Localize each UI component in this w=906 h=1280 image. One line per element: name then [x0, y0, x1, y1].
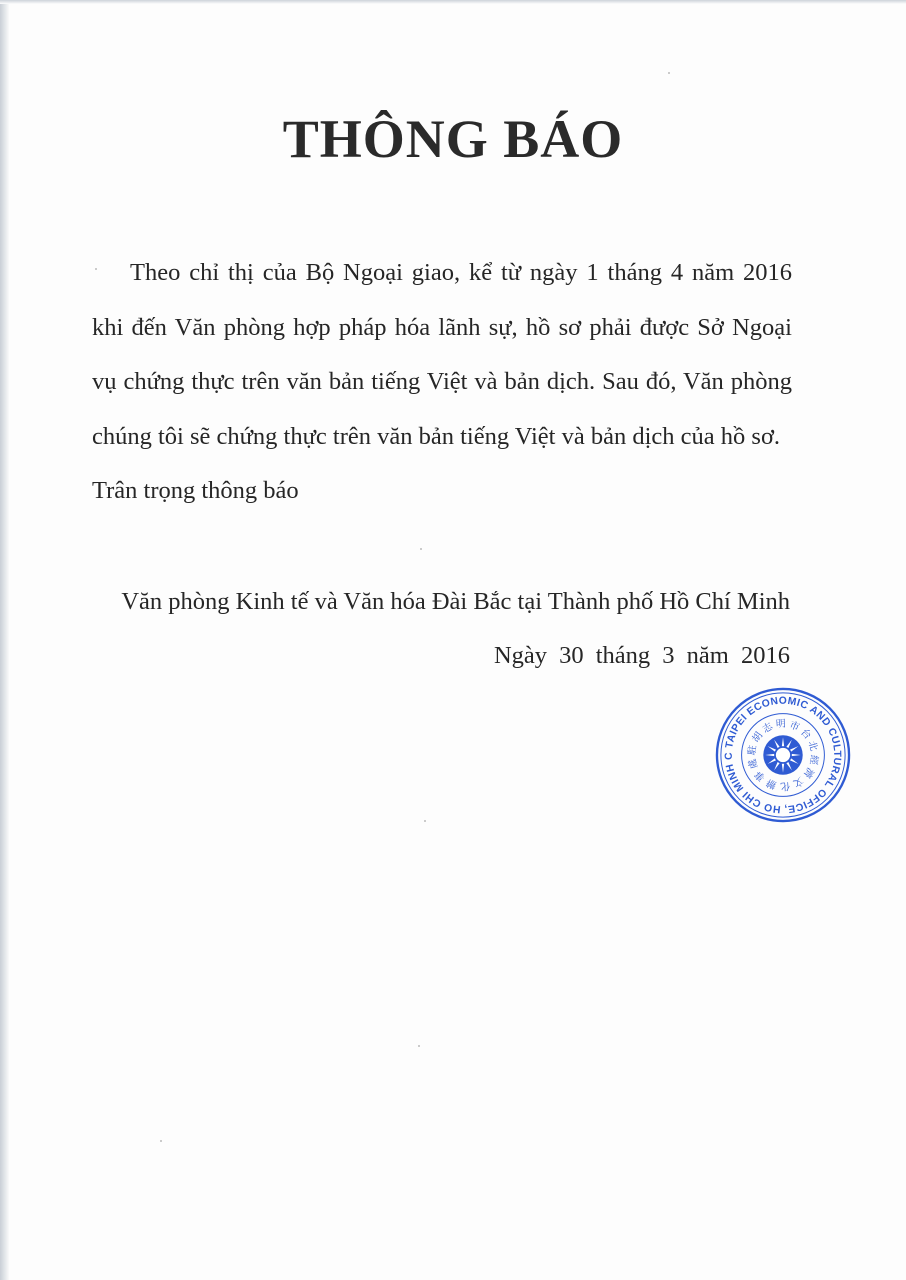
svg-text:辦: 辦 — [764, 776, 778, 792]
svg-text:處: 處 — [745, 757, 760, 770]
notice-body: Theo chỉ thị của Bộ Ngoại giao, kể từ ng… — [92, 246, 792, 519]
issue-date: Ngày 30 tháng 3 năm 2016 — [121, 629, 790, 683]
body-line: Theo chỉ thị của Bộ Ngoại giao, kể từ ng… — [92, 246, 792, 301]
scan-speck — [424, 820, 426, 822]
svg-text:志: 志 — [760, 719, 775, 735]
svg-text:明: 明 — [776, 718, 787, 731]
signature-block: Văn phòng Kinh tế và Văn hóa Đài Bắc tại… — [121, 575, 790, 683]
scan-speck — [95, 268, 97, 270]
body-line: vụ chứng thực trên văn bản tiếng Việt và… — [92, 355, 792, 410]
svg-text:駐: 駐 — [745, 744, 759, 757]
body-line: Trân trọng thông báo — [92, 464, 792, 519]
body-line: khi đến Văn phòng hợp pháp hóa lãnh sự, … — [92, 301, 792, 356]
scan-speck — [420, 548, 422, 550]
svg-text:北: 北 — [806, 740, 820, 753]
official-seal-icon: TAIPEI ECONOMIC AND CULTURAL OFFICE, HO … — [714, 686, 852, 824]
svg-text:經: 經 — [807, 754, 821, 766]
scan-speck — [668, 72, 670, 74]
issuing-office: Văn phòng Kinh tế và Văn hóa Đài Bắc tại… — [121, 575, 790, 629]
svg-text:濟: 濟 — [801, 765, 817, 781]
svg-text:台: 台 — [798, 726, 814, 742]
svg-text:胡: 胡 — [749, 729, 765, 745]
svg-text:文: 文 — [791, 774, 806, 789]
svg-text:市: 市 — [788, 718, 802, 734]
svg-text:事: 事 — [751, 768, 767, 784]
scan-edge-top — [0, 0, 906, 4]
body-line: chúng tôi sẽ chứng thực trên văn bản tiế… — [92, 410, 792, 465]
scan-edge-left — [0, 0, 9, 1280]
document-title: THÔNG BÁO — [0, 108, 906, 170]
svg-text:化: 化 — [780, 780, 791, 794]
scan-speck — [418, 1045, 420, 1047]
scan-speck — [160, 1140, 162, 1142]
